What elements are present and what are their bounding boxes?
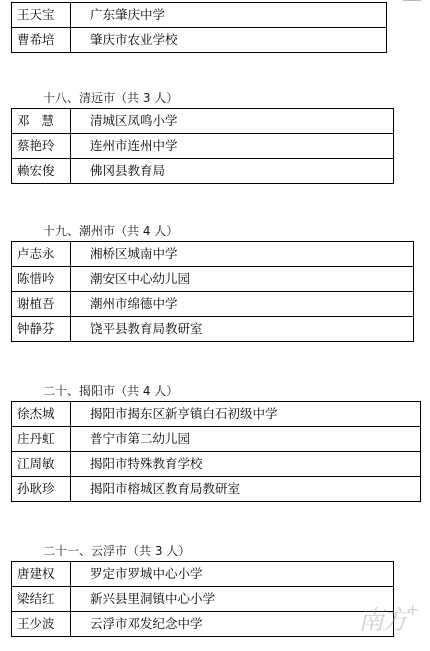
person-name: 谢植吾	[12, 292, 71, 317]
person-name: 蔡艳玲	[12, 134, 71, 159]
person-name: 王少波	[12, 612, 71, 637]
school-name: 普宁市第二幼儿园	[71, 427, 421, 452]
table-row: 赖宏俊 佛冈县教育局	[12, 159, 394, 184]
person-name: 江周敏	[12, 452, 71, 477]
school-name: 清城区凤鸣小学	[71, 109, 394, 134]
person-name: 王天宝	[12, 3, 71, 28]
table-row: 谢植吾 潮州市绵德中学	[12, 292, 414, 317]
person-name: 陈惜吟	[12, 267, 71, 292]
school-name: 揭阳市揭东区新亨镇白石初级中学	[71, 402, 421, 427]
person-name: 唐建权	[12, 562, 71, 587]
roster-table-yunfu: 唐建权 罗定市罗城中心小学 梁结红 新兴县里洞镇中心小学 王少波 云浮市邓发纪念…	[11, 561, 394, 637]
section-heading-jieyang: 二十、揭阳市（共 4 人）	[43, 384, 178, 398]
school-name: 揭阳市特殊教育学校	[71, 452, 421, 477]
school-name: 湘桥区城南中学	[71, 242, 414, 267]
person-name: 庄丹虹	[12, 427, 71, 452]
school-name: 连州市连州中学	[71, 134, 394, 159]
school-name: 罗定市罗城中心小学	[71, 562, 394, 587]
roster-table-chaozhou: 卢志永 湘桥区城南中学 陈惜吟 潮安区中心幼儿园 谢植吾 潮州市绵德中学 钟静芬…	[11, 241, 414, 342]
table-row: 庄丹虹 普宁市第二幼儿园	[12, 427, 421, 452]
school-name: 云浮市邓发纪念中学	[71, 612, 394, 637]
school-name: 潮安区中心幼儿园	[71, 267, 414, 292]
school-name: 佛冈县教育局	[71, 159, 394, 184]
table-row: 唐建权 罗定市罗城中心小学	[12, 562, 394, 587]
plus-icon: +	[406, 600, 417, 619]
table-row: 蔡艳玲 连州市连州中学	[12, 134, 394, 159]
person-name: 梁结红	[12, 587, 71, 612]
person-name: 孙耿珍	[12, 477, 71, 502]
table-row: 孙耿珍 揭阳市榕城区教育局教研室	[12, 477, 421, 502]
roster-table-qingyuan: 邓 慧 清城区凤鸣小学 蔡艳玲 连州市连州中学 赖宏俊 佛冈县教育局	[11, 108, 394, 184]
table-row: 卢志永 湘桥区城南中学	[12, 242, 414, 267]
section-heading-yunfu: 二十一、云浮市（共 3 人）	[43, 544, 190, 558]
table-row: 陈惜吟 潮安区中心幼儿园	[12, 267, 414, 292]
table-row: 王少波 云浮市邓发纪念中学	[12, 612, 394, 637]
table-row: 邓 慧 清城区凤鸣小学	[12, 109, 394, 134]
table-row: 王天宝 广东肇庆中学	[12, 3, 387, 28]
school-name: 饶平县教育局教研室	[71, 317, 414, 342]
school-name: 广东肇庆中学	[71, 3, 387, 28]
person-name: 曹希培	[12, 28, 71, 53]
table-row: 徐杰城 揭阳市揭东区新亨镇白石初级中学	[12, 402, 421, 427]
section-heading-qingyuan: 十八、清远市（共 3 人）	[43, 91, 178, 105]
table-row: 钟静芬 饶平县教育局教研室	[12, 317, 414, 342]
section-heading-chaozhou: 十九、潮州市（共 4 人）	[43, 224, 178, 238]
school-name: 潮州市绵德中学	[71, 292, 414, 317]
person-name: 赖宏俊	[12, 159, 71, 184]
person-name: 徐杰城	[12, 402, 71, 427]
roster-table-zhaoqing: 王天宝 广东肇庆中学 曹希培 肇庆市农业学校	[11, 2, 387, 53]
school-name: 揭阳市榕城区教育局教研室	[71, 477, 421, 502]
table-row: 江周敏 揭阳市特殊教育学校	[12, 452, 421, 477]
roster-table-jieyang: 徐杰城 揭阳市揭东区新亨镇白石初级中学 庄丹虹 普宁市第二幼儿园 江周敏 揭阳市…	[11, 401, 421, 502]
person-name: 钟静芬	[12, 317, 71, 342]
school-name: 新兴县里洞镇中心小学	[71, 587, 394, 612]
school-name: 肇庆市农业学校	[71, 28, 387, 53]
table-row: 曹希培 肇庆市农业学校	[12, 28, 387, 53]
page-corner-mark	[403, 0, 421, 1]
table-row: 梁结红 新兴县里洞镇中心小学	[12, 587, 394, 612]
person-name: 邓 慧	[12, 109, 71, 134]
person-name: 卢志永	[12, 242, 71, 267]
